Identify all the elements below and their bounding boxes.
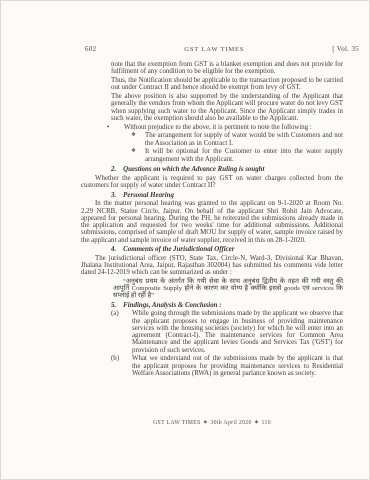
sub-bullet-item-1: ❖ The arrangement for supply of water wo… <box>131 132 343 148</box>
footer-date: 30th April 2020 <box>210 420 251 426</box>
diamond-separator-icon: ◆ <box>255 419 259 424</box>
section-title: Personal Hearing <box>123 192 174 199</box>
section-title: Questions on which the Advance Ruling is… <box>123 166 264 173</box>
sub-bullet-text: The arrangement for supply of water woul… <box>145 132 343 147</box>
finding-item-a: (a) While going through the submissions … <box>111 310 343 355</box>
finding-label: (b) <box>111 355 132 378</box>
section-4-paragraph: The jurisdictional officer (STO, State T… <box>81 255 343 277</box>
finding-item-b: (b) What we understand out of the submis… <box>111 355 343 378</box>
sub-bullet-item-2: ❖ It will be optional for the Customer t… <box>131 148 343 164</box>
quote-paragraph-3: The above position is also supported by … <box>111 93 343 122</box>
section-title: Findings, Analysis & Conclusion : <box>123 302 221 309</box>
document-page: 602 GST LAW TIMES [ Vol. 35 note that th… <box>0 0 370 480</box>
page-header: 602 GST LAW TIMES [ Vol. 35 <box>81 45 343 53</box>
quote-paragraph-1: note that the exemption from GST is a bl… <box>111 61 343 76</box>
quote-paragraph-2: Thus, the Notification should be applica… <box>111 77 343 92</box>
hindi-quote-paragraph: “अनुबंध प्रथम के अंतर्गत कि गयी सेवा के … <box>113 278 343 300</box>
diamond-bullet-icon: ❖ <box>131 148 145 164</box>
page-footer: GST LAW TIMES◆30th April 2020◆116 <box>81 419 343 426</box>
page-number: 602 <box>85 45 96 53</box>
section-heading-5: 5.Findings, Analysis & Conclusion : <box>111 302 343 309</box>
finding-label: (a) <box>111 310 132 355</box>
footer-page: 116 <box>262 420 271 426</box>
finding-text: What we understand out of the submission… <box>132 355 343 377</box>
journal-title: GST LAW TIMES <box>184 46 244 53</box>
bullet-text: Without prejudice to the above, it is pe… <box>124 124 343 131</box>
footer-journal: GST LAW TIMES <box>153 420 201 426</box>
bullet-icon: • <box>107 124 124 133</box>
section-number: 2. <box>111 166 116 173</box>
section-number: 5. <box>111 302 116 309</box>
section-title: Comments of the Jurisdictional Officer <box>123 246 234 253</box>
bullet-item: • Without prejudice to the above, it is … <box>107 124 343 133</box>
section-heading-2: 2.Questions on which the Advance Ruling … <box>111 166 343 173</box>
section-heading-3: 3.Personal Hearing <box>111 192 343 199</box>
diamond-bullet-icon: ❖ <box>131 132 145 148</box>
section-3-paragraph: In the matter personal hearing was grant… <box>81 200 343 244</box>
section-2-paragraph: Whether the applicant is required to pay… <box>81 175 343 190</box>
volume-label: [ Vol. 35 <box>332 45 359 53</box>
section-number: 4. <box>111 246 116 253</box>
section-heading-4: 4.Comments of the Jurisdictional Officer <box>111 246 343 253</box>
sub-bullet-text: It will be optional for the Customer to … <box>145 148 343 163</box>
finding-text: While going through the submissions made… <box>132 310 343 354</box>
diamond-separator-icon: ◆ <box>204 419 208 424</box>
section-number: 3. <box>111 192 116 199</box>
text-column: 602 GST LAW TIMES [ Vol. 35 note that th… <box>81 45 343 379</box>
